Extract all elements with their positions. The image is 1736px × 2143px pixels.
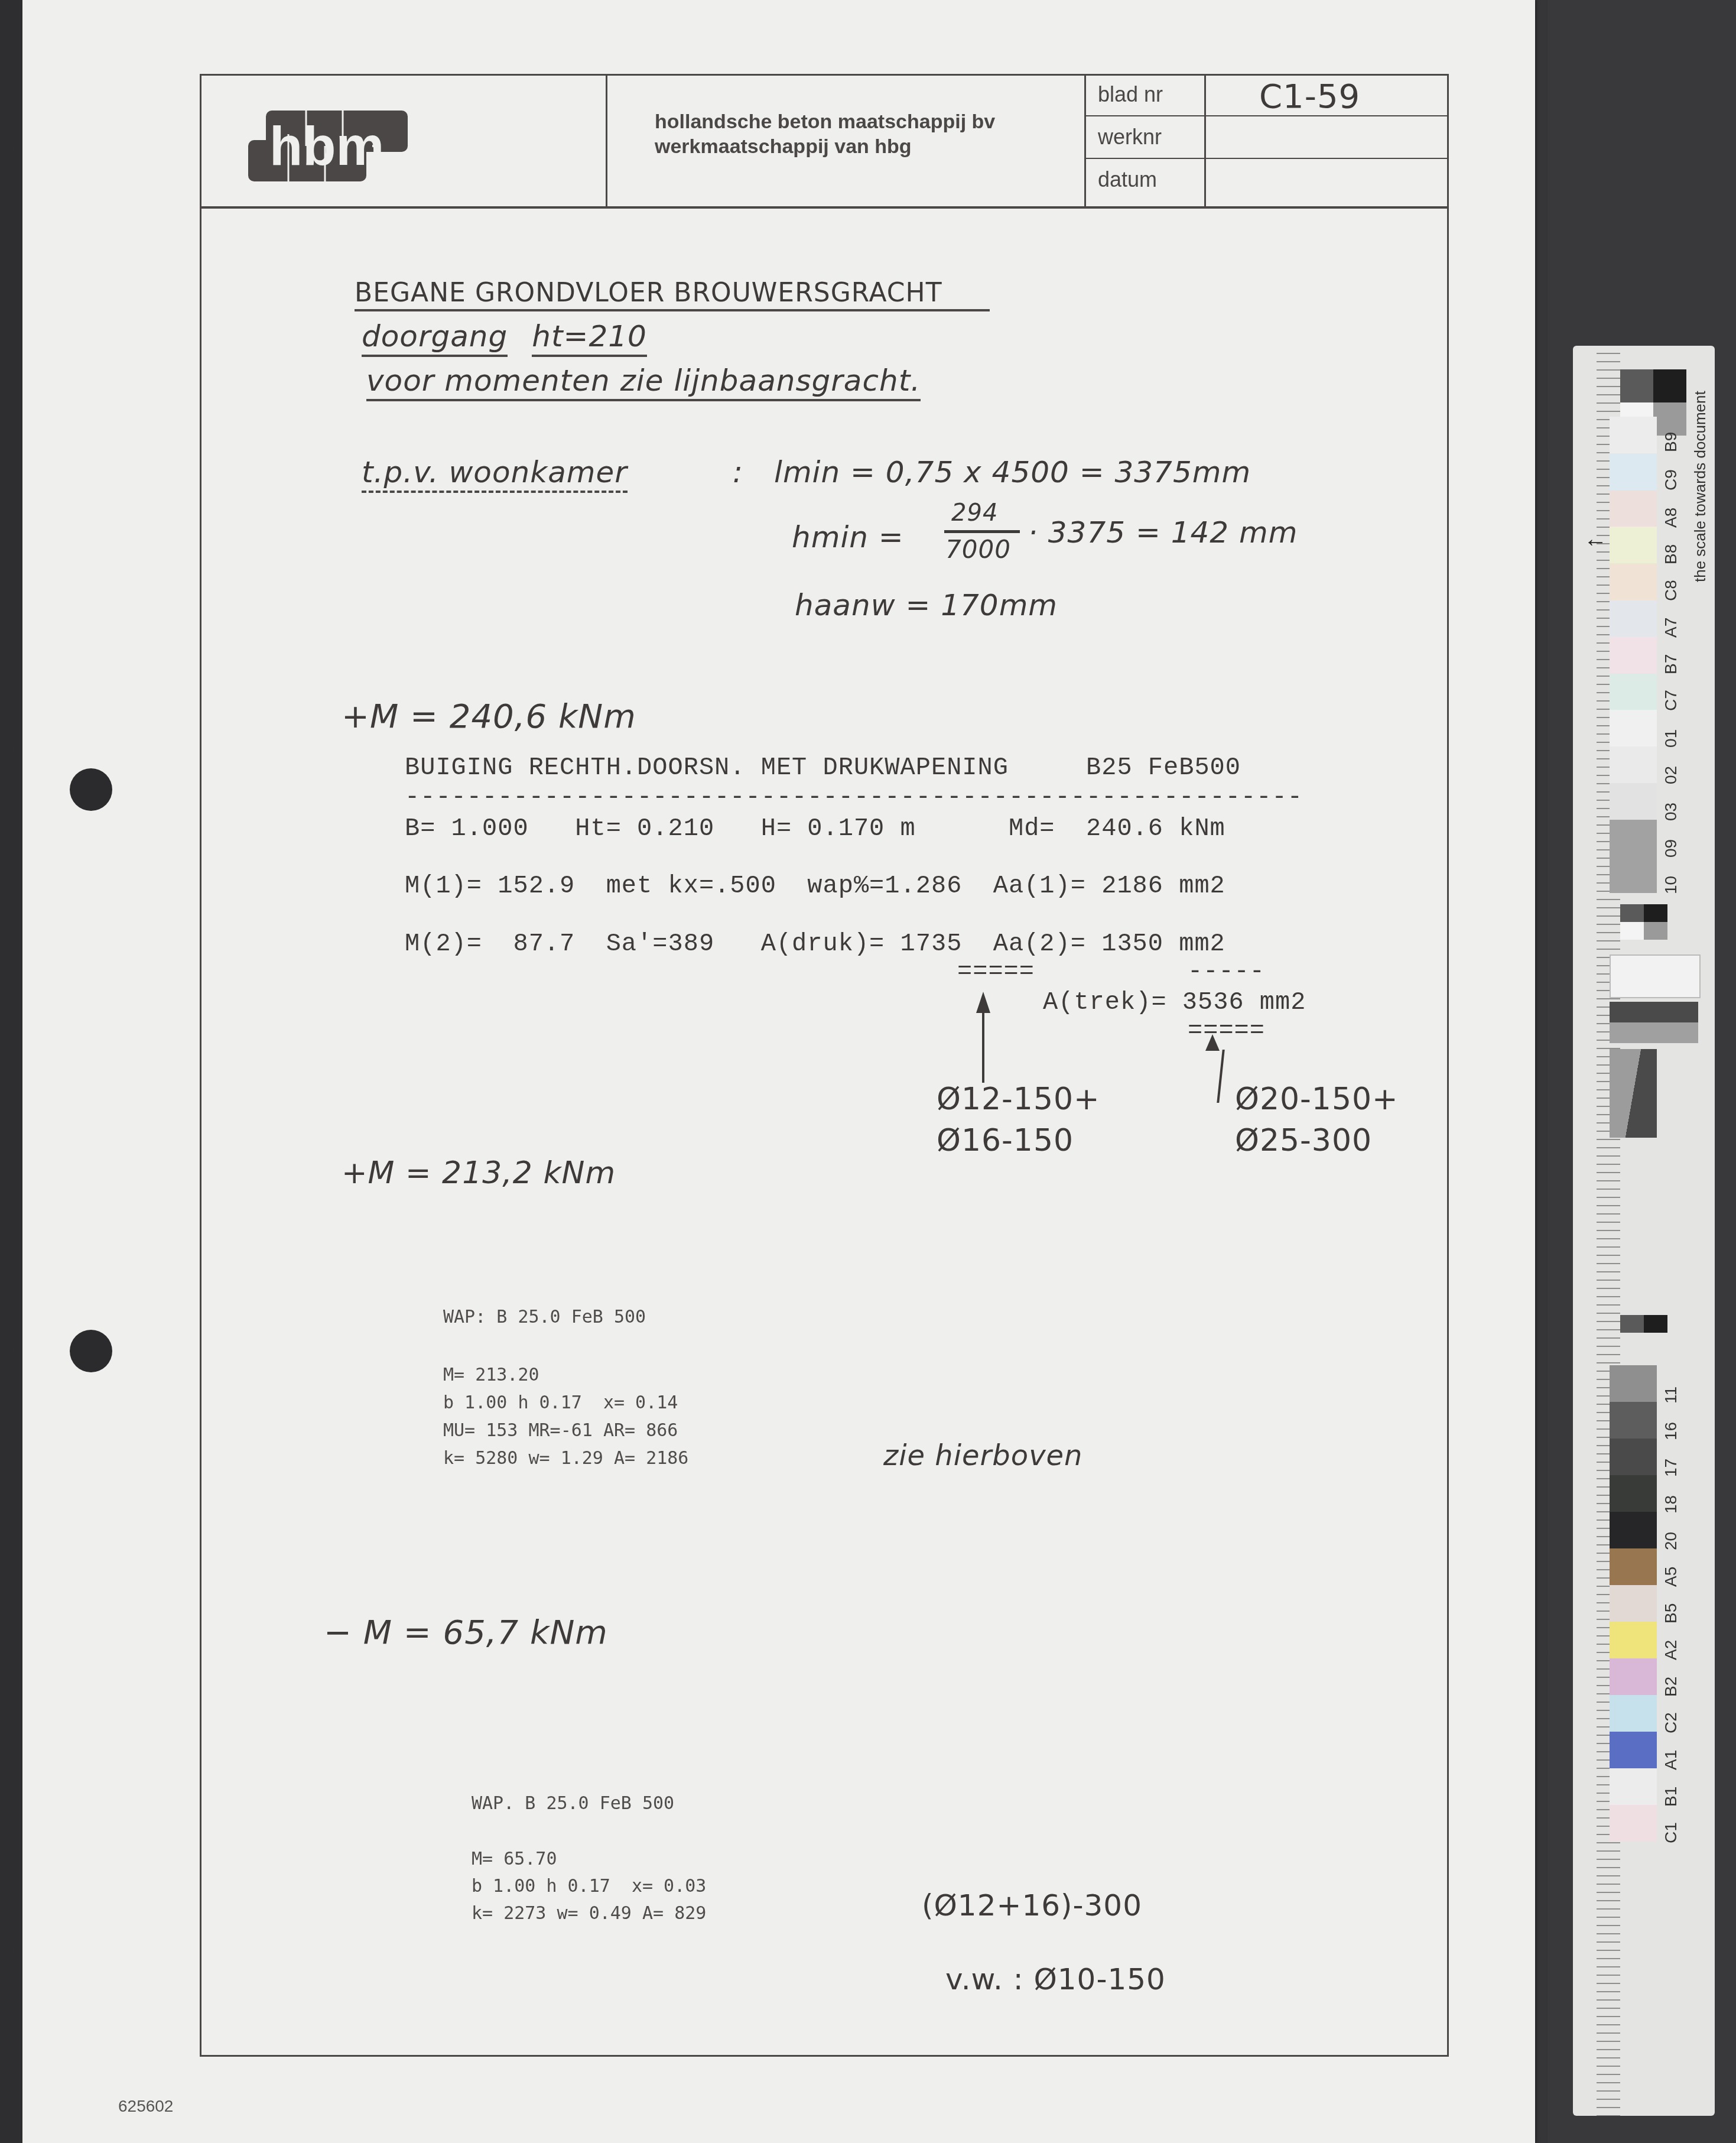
- gray-swatch: [1644, 904, 1667, 922]
- blad-nr-label: blad nr: [1086, 74, 1206, 116]
- gray-swatch: [1644, 922, 1667, 940]
- patch-label: 11: [1662, 1380, 1680, 1404]
- hmin-lhs: hmin =: [792, 520, 904, 554]
- printout2-line: k= 5280 w= 1.29 A= 2186: [443, 1444, 688, 1473]
- rebar-trek-line2: Ø25-300: [1235, 1123, 1372, 1158]
- punch-hole-top: [70, 768, 112, 811]
- project-title: BEGANE GRONDVLOER BROUWERSGRACHT: [355, 278, 990, 311]
- patch-C1: [1610, 1805, 1657, 1842]
- patch-label: B8: [1662, 541, 1680, 564]
- gray-swatch: [1653, 369, 1686, 402]
- patch-label: 10: [1662, 871, 1680, 894]
- edge-target: [1610, 1049, 1657, 1138]
- patch-01: [1610, 710, 1657, 746]
- resolution-target: [1610, 954, 1701, 998]
- section-label: doorgang ht=210: [362, 319, 647, 353]
- patch-label: B5: [1662, 1600, 1680, 1624]
- printout2-line: WAP: B 25.0 FeB 500: [443, 1303, 646, 1332]
- company-subtitle: werkmaatschappij van hbg: [655, 135, 912, 158]
- gray-swatch: [1644, 1315, 1667, 1333]
- patch-A7: [1610, 600, 1657, 637]
- underline-trek: =====: [1188, 1017, 1265, 1045]
- patch-C2: [1610, 1695, 1657, 1732]
- ht-value: ht=210: [532, 319, 647, 357]
- gray-swatch: [1620, 922, 1644, 940]
- patch-label: B7: [1662, 651, 1680, 674]
- patch-label: A8: [1662, 504, 1680, 528]
- patch-B9: [1610, 417, 1657, 453]
- underline-aa2: -----: [1188, 957, 1265, 986]
- hbm-logo-icon: hbm: [248, 111, 409, 181]
- moment2-label: +M = 213,2 kNm: [342, 1155, 616, 1191]
- doorgang-text: doorgang: [362, 319, 508, 357]
- patch-label: 01: [1662, 724, 1680, 748]
- svg-text:hbm: hbm: [269, 116, 384, 177]
- title-block: hbm hollandsche beton maatschappij bv we…: [200, 74, 1449, 209]
- patch-C7: [1610, 673, 1657, 710]
- rebar-trek-line1: Ø20-150+: [1235, 1082, 1399, 1117]
- patch-label: C2: [1662, 1710, 1680, 1733]
- patch-B5: [1610, 1585, 1657, 1622]
- patch-label: B1: [1662, 1783, 1680, 1807]
- fraction-bar: [944, 530, 1020, 533]
- patch-label: A5: [1662, 1563, 1680, 1587]
- arrow-up-druk-icon: [976, 992, 990, 1013]
- strip-note: the scale towards document: [1691, 391, 1709, 582]
- arrow-shaft-druk: [982, 1012, 984, 1083]
- patch-label: A2: [1662, 1637, 1680, 1660]
- patch-label: C9: [1662, 467, 1680, 491]
- rebar-druk-line2: Ø16-150: [937, 1123, 1074, 1158]
- werknr-value: [1206, 116, 1447, 159]
- patch-B7: [1610, 637, 1657, 673]
- printout1-row2: M(1)= 152.9 met kx=.500 wap%=1.286 Aa(1)…: [405, 872, 1225, 900]
- patch-16: [1610, 1402, 1657, 1439]
- printout1-row3: M(2)= 87.7 Sa'=389 A(druk)= 1735 Aa(2)= …: [405, 930, 1225, 958]
- form-code: 625602: [118, 2097, 173, 2116]
- printout3-line: M= 65.70: [472, 1845, 557, 1873]
- patch-label: 17: [1662, 1453, 1680, 1477]
- patch-label: C7: [1662, 687, 1680, 711]
- werknr-label: werknr: [1086, 116, 1206, 159]
- patch-A2: [1610, 1622, 1657, 1658]
- patch-label: 02: [1662, 761, 1680, 784]
- printout2-note: zie hierboven: [883, 1439, 1083, 1472]
- colon-sep: :: [733, 455, 743, 489]
- datum-label: datum: [1086, 159, 1206, 206]
- moment3-label: − M = 65,7 kNm: [324, 1613, 608, 1652]
- printout3-line: WAP. B 25.0 FeB 500: [472, 1790, 674, 1818]
- patch-20: [1610, 1512, 1657, 1548]
- gray-swatch: [1620, 369, 1653, 402]
- color-calibration-strip: ← the scale towards document B9 C9 A8 B8…: [1573, 346, 1715, 2116]
- patch-A5: [1610, 1548, 1657, 1585]
- logo-cell: hbm: [200, 74, 607, 206]
- printout1-rule: ----------------------------------------…: [405, 783, 1303, 811]
- patch-label: C8: [1662, 577, 1680, 601]
- arrow-up-trek-icon: [1205, 1034, 1220, 1051]
- patch-03: [1610, 783, 1657, 820]
- arrow-left-icon: ←: [1584, 526, 1607, 553]
- patch-02: [1610, 746, 1657, 783]
- gray-swatch: [1620, 1315, 1644, 1333]
- patch-label: B9: [1662, 428, 1680, 452]
- printout1-row4: A(trek)= 3536 mm2: [1043, 988, 1306, 1017]
- printout1-title: BUIGING RECHTH.DOORSN. MET DRUKWAPENING …: [405, 754, 1241, 782]
- blad-nr-value: C1-59: [1206, 74, 1447, 116]
- patch-18: [1610, 1475, 1657, 1512]
- printout2-line: MU= 153 MR=-61 AR= 866: [443, 1417, 678, 1445]
- patch-label: 16: [1662, 1417, 1680, 1440]
- blad-nr-text: C1-59: [1259, 77, 1360, 116]
- patch-11: [1610, 1365, 1657, 1402]
- patch-label: 03: [1662, 797, 1680, 821]
- hmin-numerator: 294: [951, 499, 998, 527]
- patch-label: A1: [1662, 1746, 1680, 1770]
- patch-17: [1610, 1439, 1657, 1475]
- printout2-line: b 1.00 h 0.17 x= 0.14: [443, 1389, 678, 1417]
- woonkamer-label: t.p.v. woonkamer: [362, 455, 628, 493]
- patch-label: A7: [1662, 614, 1680, 638]
- printout1-row1: B= 1.000 Ht= 0.210 H= 0.170 m Md= 240.6 …: [405, 814, 1225, 843]
- moment1-label: +M = 240,6 kNm: [342, 697, 636, 736]
- patch-09-10: [1610, 820, 1657, 893]
- company-name: hollandsche beton maatschappij bv: [655, 111, 995, 134]
- gray-bar-target: [1610, 1002, 1698, 1043]
- patch-B8: [1610, 527, 1657, 563]
- printout3-note2: v.w. : Ø10-150: [945, 1962, 1166, 1996]
- underline-druk: =====: [957, 957, 1035, 986]
- patch-label: 20: [1662, 1527, 1680, 1550]
- printout2-line: M= 213.20: [443, 1361, 539, 1389]
- lmin-formula: lmin = 0,75 x 4500 = 3375mm: [774, 455, 1251, 489]
- patch-A1: [1610, 1732, 1657, 1768]
- patch-C8: [1610, 563, 1657, 600]
- patch-label: C1: [1662, 1820, 1680, 1843]
- patch-label: B2: [1662, 1673, 1680, 1697]
- printout3-note1: (Ø12+16)-300: [922, 1888, 1142, 1923]
- datum-value: [1206, 159, 1447, 206]
- patch-A8: [1610, 490, 1657, 527]
- company-cell: hollandsche beton maatschappij bv werkma…: [607, 74, 1086, 206]
- patch-B2: [1610, 1658, 1657, 1695]
- patch-label: 18: [1662, 1490, 1680, 1514]
- gray-swatch: [1620, 904, 1644, 922]
- hmin-rhs: · 3375 = 142 mm: [1028, 515, 1298, 550]
- punch-hole-bottom: [70, 1330, 112, 1372]
- printout3-line: k= 2273 w= 0.49 A= 829: [472, 1900, 706, 1928]
- patch-C9: [1610, 453, 1657, 490]
- hmin-denominator: 7000: [945, 535, 1011, 564]
- patch-B1: [1610, 1768, 1657, 1805]
- rebar-druk-line1: Ø12-150+: [937, 1082, 1100, 1117]
- reference-note: voor momenten zie lijnbaansgracht.: [366, 363, 921, 401]
- printout3-line: b 1.00 h 0.17 x= 0.03: [472, 1872, 706, 1901]
- patch-label: 09: [1662, 834, 1680, 858]
- haanw-value: haanw = 170mm: [795, 588, 1058, 622]
